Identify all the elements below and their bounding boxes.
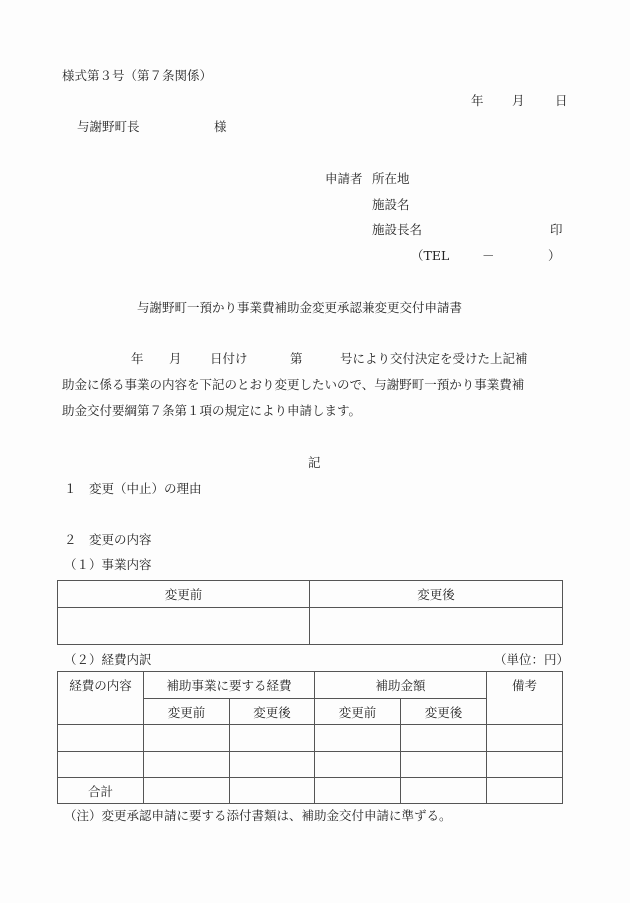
table-row — [58, 752, 563, 778]
addressee-name: 与謝野町長 — [77, 119, 140, 135]
tel-close: ） — [548, 248, 561, 264]
seal-mark: 印 — [550, 222, 563, 238]
facility-label: 施設名 — [372, 197, 410, 213]
cell[interactable] — [144, 752, 230, 778]
section-1-reason: １ 変更（中止）の理由 — [64, 481, 202, 497]
cell[interactable] — [487, 752, 563, 778]
addressee-honorific: 様 — [214, 119, 227, 135]
header-project-before: 変更前 — [144, 699, 230, 725]
body-line2: 助金に係る事業の内容を下記のとおり変更したいので、与謝野町一預かり事業費補 — [62, 377, 524, 393]
header-after: 変更後 — [310, 581, 563, 608]
expense-breakdown-table: 経費の内容 補助事業に要する経費 補助金額 備考 変更前 変更後 変更前 変更後… — [57, 671, 563, 804]
subsection-1-business: （１）事業内容 — [64, 557, 152, 573]
date-year: 年 — [471, 93, 484, 109]
cell[interactable] — [401, 752, 487, 778]
document-title: 与謝野町一預かり事業費補助金変更承認兼変更交付申請書 — [137, 300, 462, 316]
header-project-cost: 補助事業に要する経費 — [144, 672, 315, 699]
date-month: 月 — [512, 93, 525, 109]
subsection-2-expenses: （２）経費内訳 — [64, 652, 152, 668]
cell[interactable] — [58, 752, 144, 778]
date-day: 日 — [555, 93, 568, 109]
header-remarks: 備考 — [487, 672, 563, 725]
footnote: （注）変更承認申請に要する添付書類は、補助金交付申請に準ずる。 — [64, 808, 452, 824]
ki-heading: 記 — [308, 455, 321, 471]
body-year: 年 — [131, 351, 144, 367]
cell[interactable] — [144, 778, 230, 804]
cell-before[interactable] — [58, 608, 310, 645]
header-expense-content: 経費の内容 — [58, 672, 144, 725]
cell[interactable] — [315, 725, 401, 752]
cell[interactable] — [230, 725, 315, 752]
form-number: 様式第３号（第７条関係） — [62, 68, 212, 84]
cell[interactable] — [58, 725, 144, 752]
header-subsidy-before: 変更前 — [315, 699, 401, 725]
body-month: 月 — [169, 351, 182, 367]
tel-open: （TEL — [411, 248, 449, 264]
unit-label: （単位：円） — [494, 652, 569, 668]
address-label: 所在地 — [372, 171, 410, 187]
body-line1-rest: 号により交付決定を受けた上記補 — [340, 351, 528, 367]
cell[interactable] — [487, 778, 563, 804]
cell[interactable] — [487, 725, 563, 752]
cell[interactable] — [401, 778, 487, 804]
header-before: 変更前 — [58, 581, 310, 608]
director-label: 施設長名 — [372, 222, 422, 238]
header-project-after: 変更後 — [230, 699, 315, 725]
cell[interactable] — [230, 778, 315, 804]
header-subsidy-amount: 補助金額 — [315, 672, 487, 699]
cell[interactable] — [230, 752, 315, 778]
section-2-content: ２ 変更の内容 — [64, 532, 152, 548]
cell[interactable] — [315, 752, 401, 778]
applicant-label: 申請者 — [325, 171, 363, 187]
cell[interactable] — [315, 778, 401, 804]
body-line3: 助金交付要綱第７条第１項の規定により申請します。 — [62, 403, 361, 419]
cell[interactable] — [144, 725, 230, 752]
cell-after[interactable] — [310, 608, 563, 645]
body-no: 第 — [290, 351, 303, 367]
total-label: 合計 — [58, 778, 144, 804]
tel-dash: － — [482, 248, 495, 264]
header-subsidy-after: 変更後 — [401, 699, 487, 725]
body-day: 日付け — [210, 351, 248, 367]
business-content-table: 変更前 変更後 — [57, 580, 563, 645]
table-row — [58, 725, 563, 752]
cell[interactable] — [401, 725, 487, 752]
total-row: 合計 — [58, 778, 563, 804]
